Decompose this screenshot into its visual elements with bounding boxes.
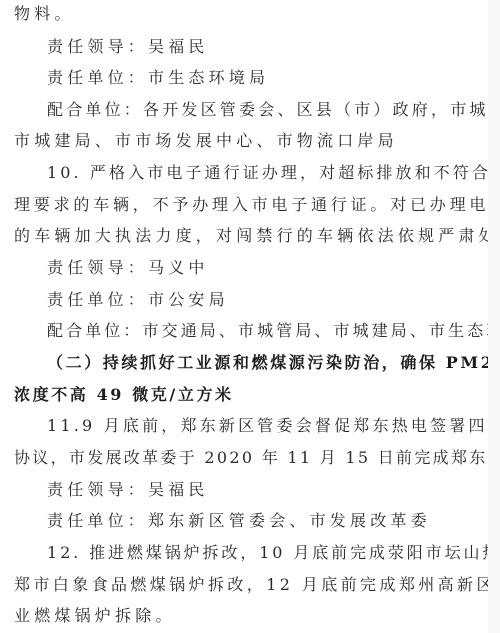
page-edge xyxy=(488,0,500,633)
responsible-unit-line: 责任单位：市公安局 xyxy=(47,290,500,310)
item-11-line: 11.9 月底前，郑东新区管委会督促郑东热电签署四方关停 xyxy=(47,416,500,436)
document-page: 物料。 责任领导：吴福民 责任单位：市生态环境局 配合单位：各开发区管委会、区县… xyxy=(0,0,488,633)
item-12-line-3: 业燃煤锅炉拆除。 xyxy=(14,606,484,626)
item-10-line: 10. 严格入市电子通行证办理，对超标排放和不符合行业管 xyxy=(47,163,500,183)
item-11-line-2: 协议，市发展改革委于 2020 年 11 月 15 日前完成郑东热电关停。 xyxy=(14,448,484,468)
responsible-unit-line: 责任单位：郑东新区管委会、市发展改革委 xyxy=(47,511,500,531)
cooperating-unit-line-cont: 市城建局、市市场发展中心、市物流口岸局 xyxy=(14,131,484,151)
responsible-leader-line: 责任领导：马义中 xyxy=(47,258,500,278)
section-heading-cont: 浓度不高 49 微克/立方米 xyxy=(14,385,484,405)
responsible-leader-line: 责任领导：吴福民 xyxy=(47,37,500,57)
item-10-line-3: 的车辆加大执法力度，对闯禁行的车辆依法依规严肃处理。 xyxy=(14,226,484,246)
text-line-material-end: 物料。 xyxy=(14,4,484,24)
item-10-line-2: 理要求的车辆，不予办理入市电子通行证。对已办理电子通行证 xyxy=(14,195,484,215)
item-12-line: 12. 推进燃煤锅炉拆改，10 月底前完成荥阳市坛山热力、新 xyxy=(47,543,500,563)
cooperating-unit-line: 配合单位：各开发区管委会、区县（市）政府，市城管局、 xyxy=(47,100,500,120)
responsible-leader-line: 责任领导：吴福民 xyxy=(47,480,500,500)
responsible-unit-line: 责任单位：市生态环境局 xyxy=(47,68,500,88)
item-12-line-2: 郑市白象食品燃煤锅炉拆改，12 月底前完成郑州高新区拓洋实 xyxy=(14,575,484,595)
section-heading: （二）持续抓好工业源和燃煤源污染防治，确保 PM2.5 年均 xyxy=(47,353,500,373)
cooperating-unit-line: 配合单位：市交通局、市城管局、市城建局、市生态环境局 xyxy=(47,321,500,341)
